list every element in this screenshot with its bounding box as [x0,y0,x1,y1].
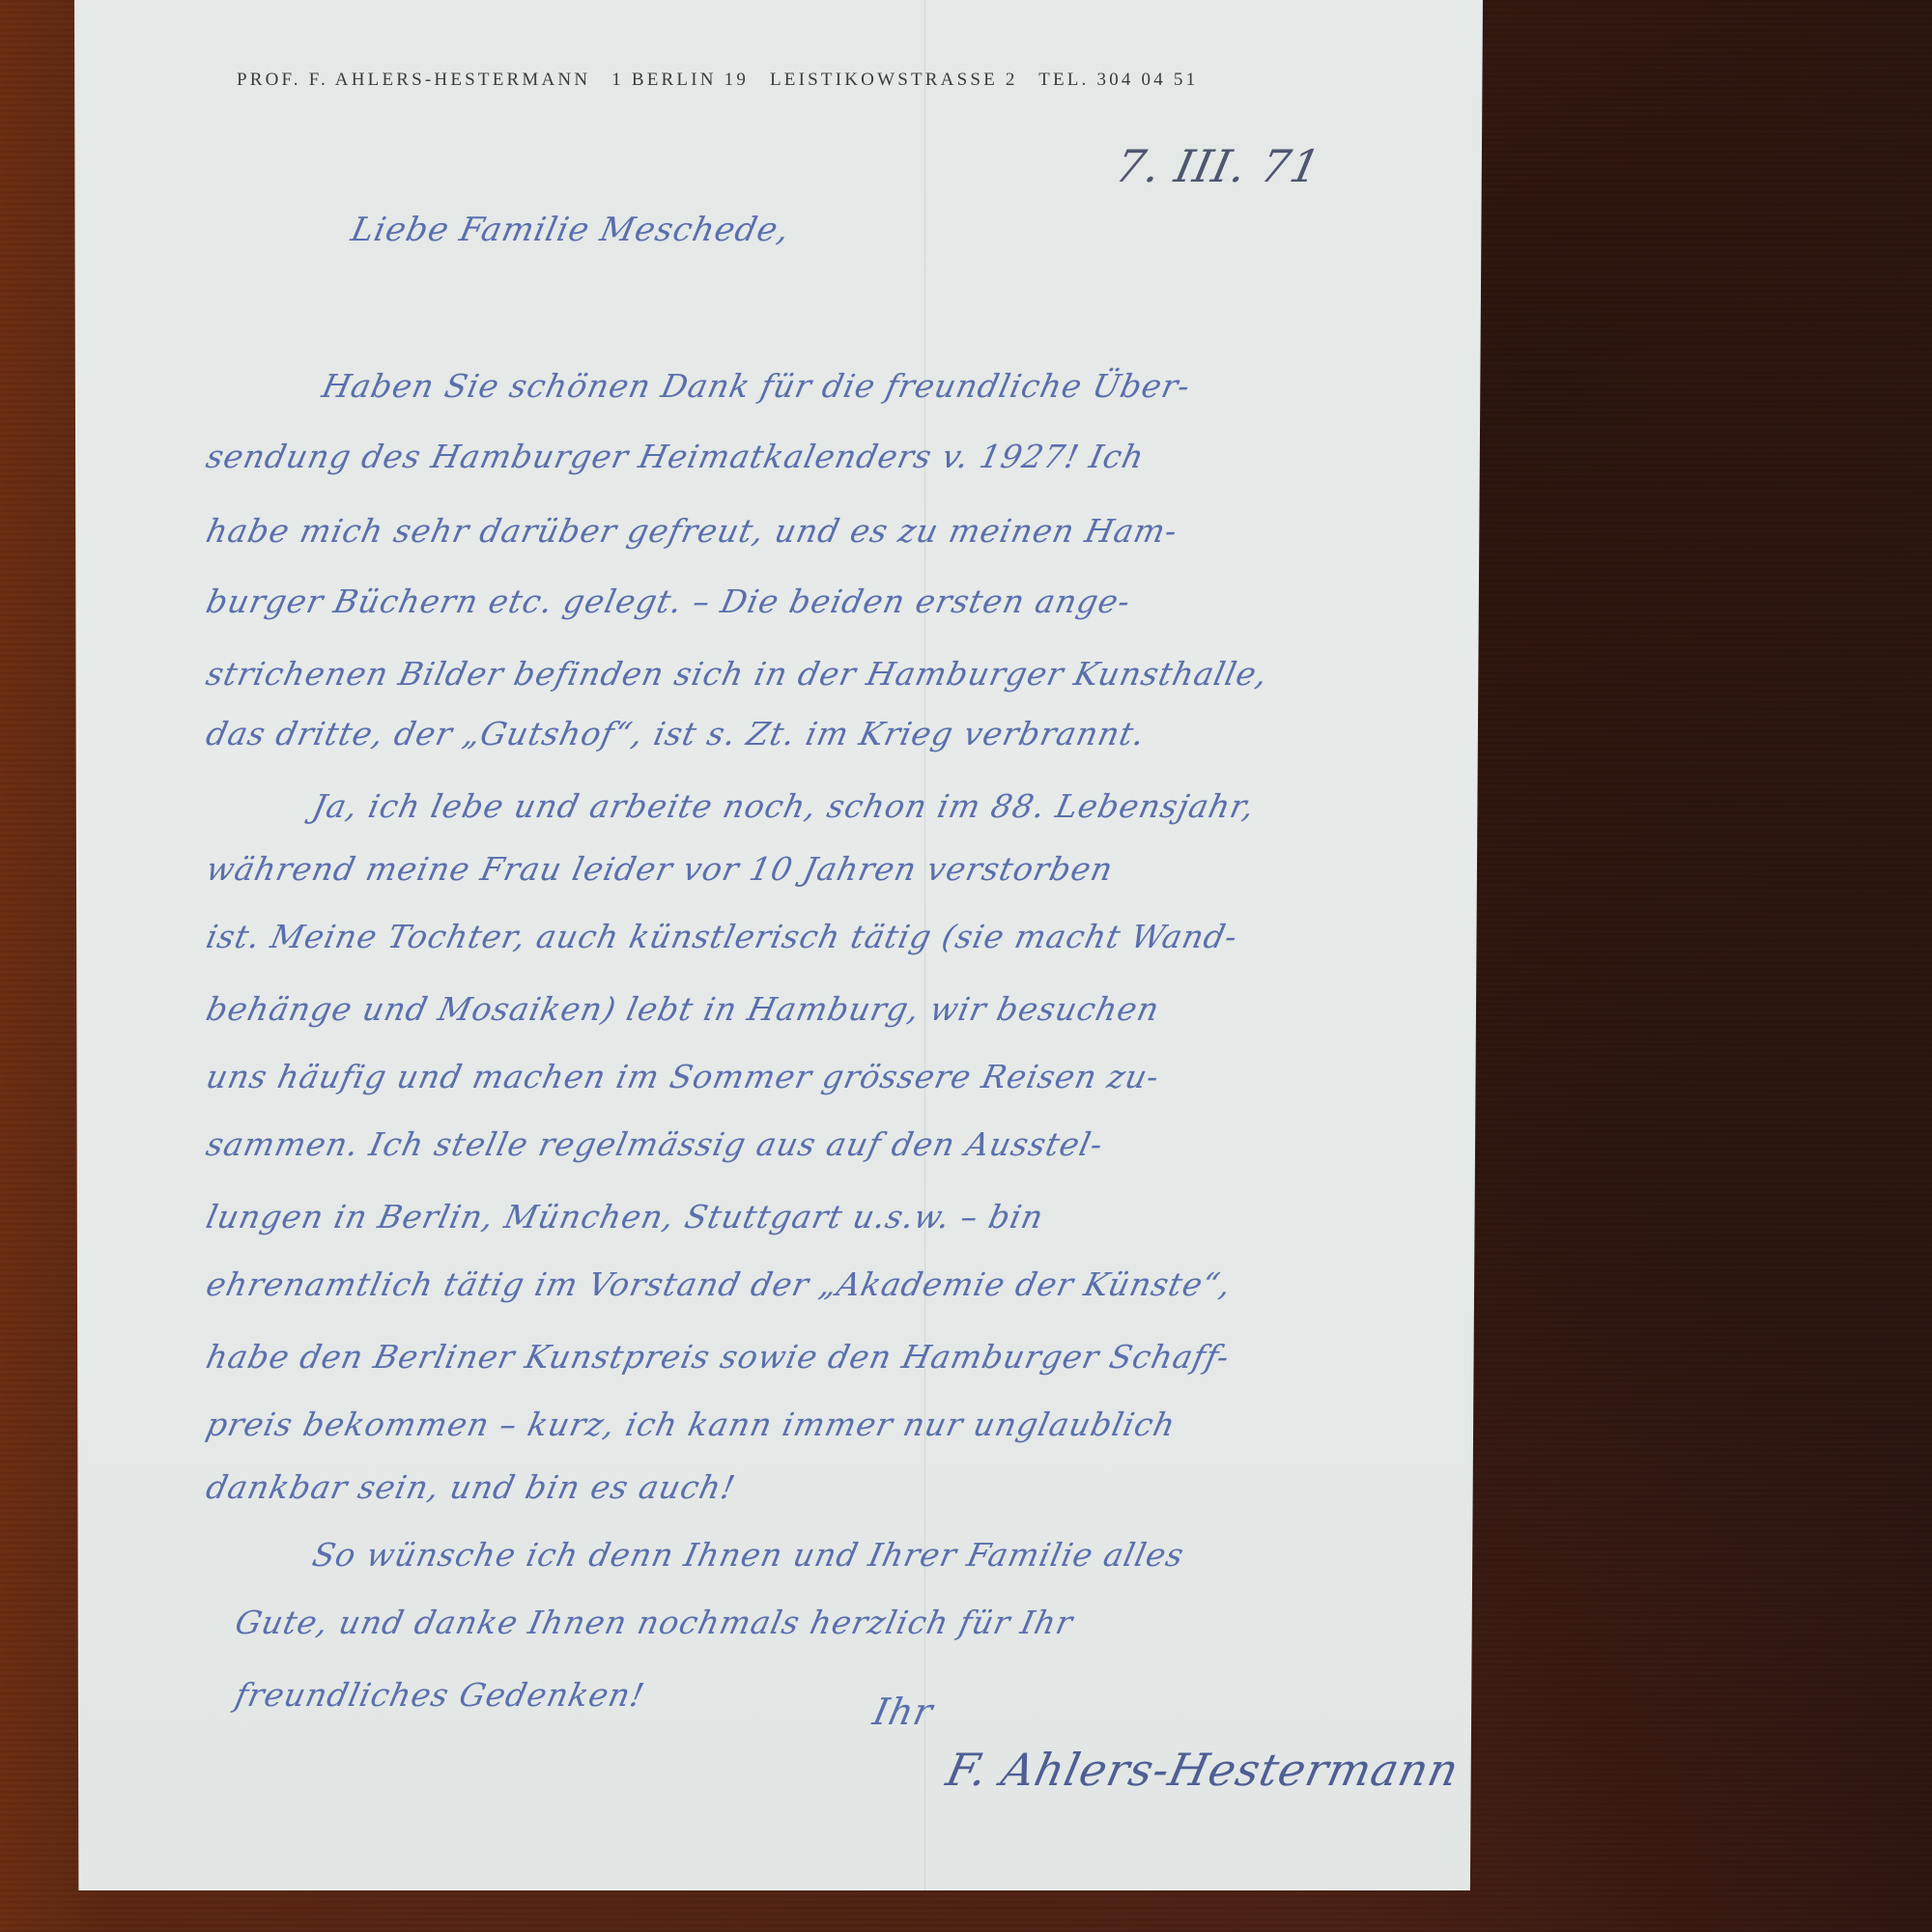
body-line: burger Büchern etc. gelegt. – Die beiden… [203,582,1134,620]
body-line: freundliches Gedenken! [232,1676,648,1714]
body-line: ist. Meine Tochter, auch künstlerisch tä… [203,918,1241,955]
body-line: Ja, ich lebe und arbeite noch, schon im … [309,787,1259,825]
body-line: ehrenamtlich tätig im Vorstand der „Akad… [203,1265,1236,1303]
letterhead-name: PROF. F. AHLERS-HESTERMANN [237,70,590,90]
body-line: Haben Sie schönen Dank für die freundlic… [319,367,1194,405]
body-line: lungen in Berlin, München, Stuttgart u.s… [203,1198,1047,1236]
body-line: das dritte, der „Gutshof“, ist s. Zt. im… [203,715,1149,753]
letterhead-city: 1 BERLIN 19 [611,70,749,90]
body-line: dankbar sein, und bin es auch! [203,1468,739,1506]
body-line: sammen. Ich stelle regelmässig aus auf d… [203,1125,1107,1163]
letterhead-street: LEISTIKOWSTRASSE 2 [770,70,1018,90]
closing: Ihr [869,1690,937,1733]
body-line: sendung des Hamburger Heimatkalenders v.… [203,438,1148,475]
letterhead-phone: TEL. 304 04 51 [1038,70,1198,90]
body-line: behänge und Mosaiken) lebt in Hamburg, w… [203,990,1163,1028]
salutation: Liebe Familie Meschede, [348,211,793,249]
body-line: strichenen Bilder befinden sich in der H… [203,655,1271,693]
letterhead: PROF. F. AHLERS-HESTERMANN 1 BERLIN 19 L… [237,70,1211,91]
body-line: So wünsche ich denn Ihnen und Ihrer Fami… [309,1536,1187,1574]
body-line: habe den Berliner Kunstpreis sowie den H… [203,1338,1234,1376]
body-line: habe mich sehr darüber gefreut, und es z… [203,512,1181,550]
signature: F. Ahlers-Hestermann [942,1744,1463,1796]
letter-date: 7. III. 71 [1111,140,1325,192]
body-line: Gute, und danke Ihnen nochmals herzlich … [232,1604,1077,1641]
body-line: preis bekommen – kurz, ich kann immer nu… [203,1406,1179,1443]
body-line: während meine Frau leider vor 10 Jahren … [203,850,1117,888]
body-line: uns häufig und machen im Sommer grössere… [203,1058,1163,1095]
